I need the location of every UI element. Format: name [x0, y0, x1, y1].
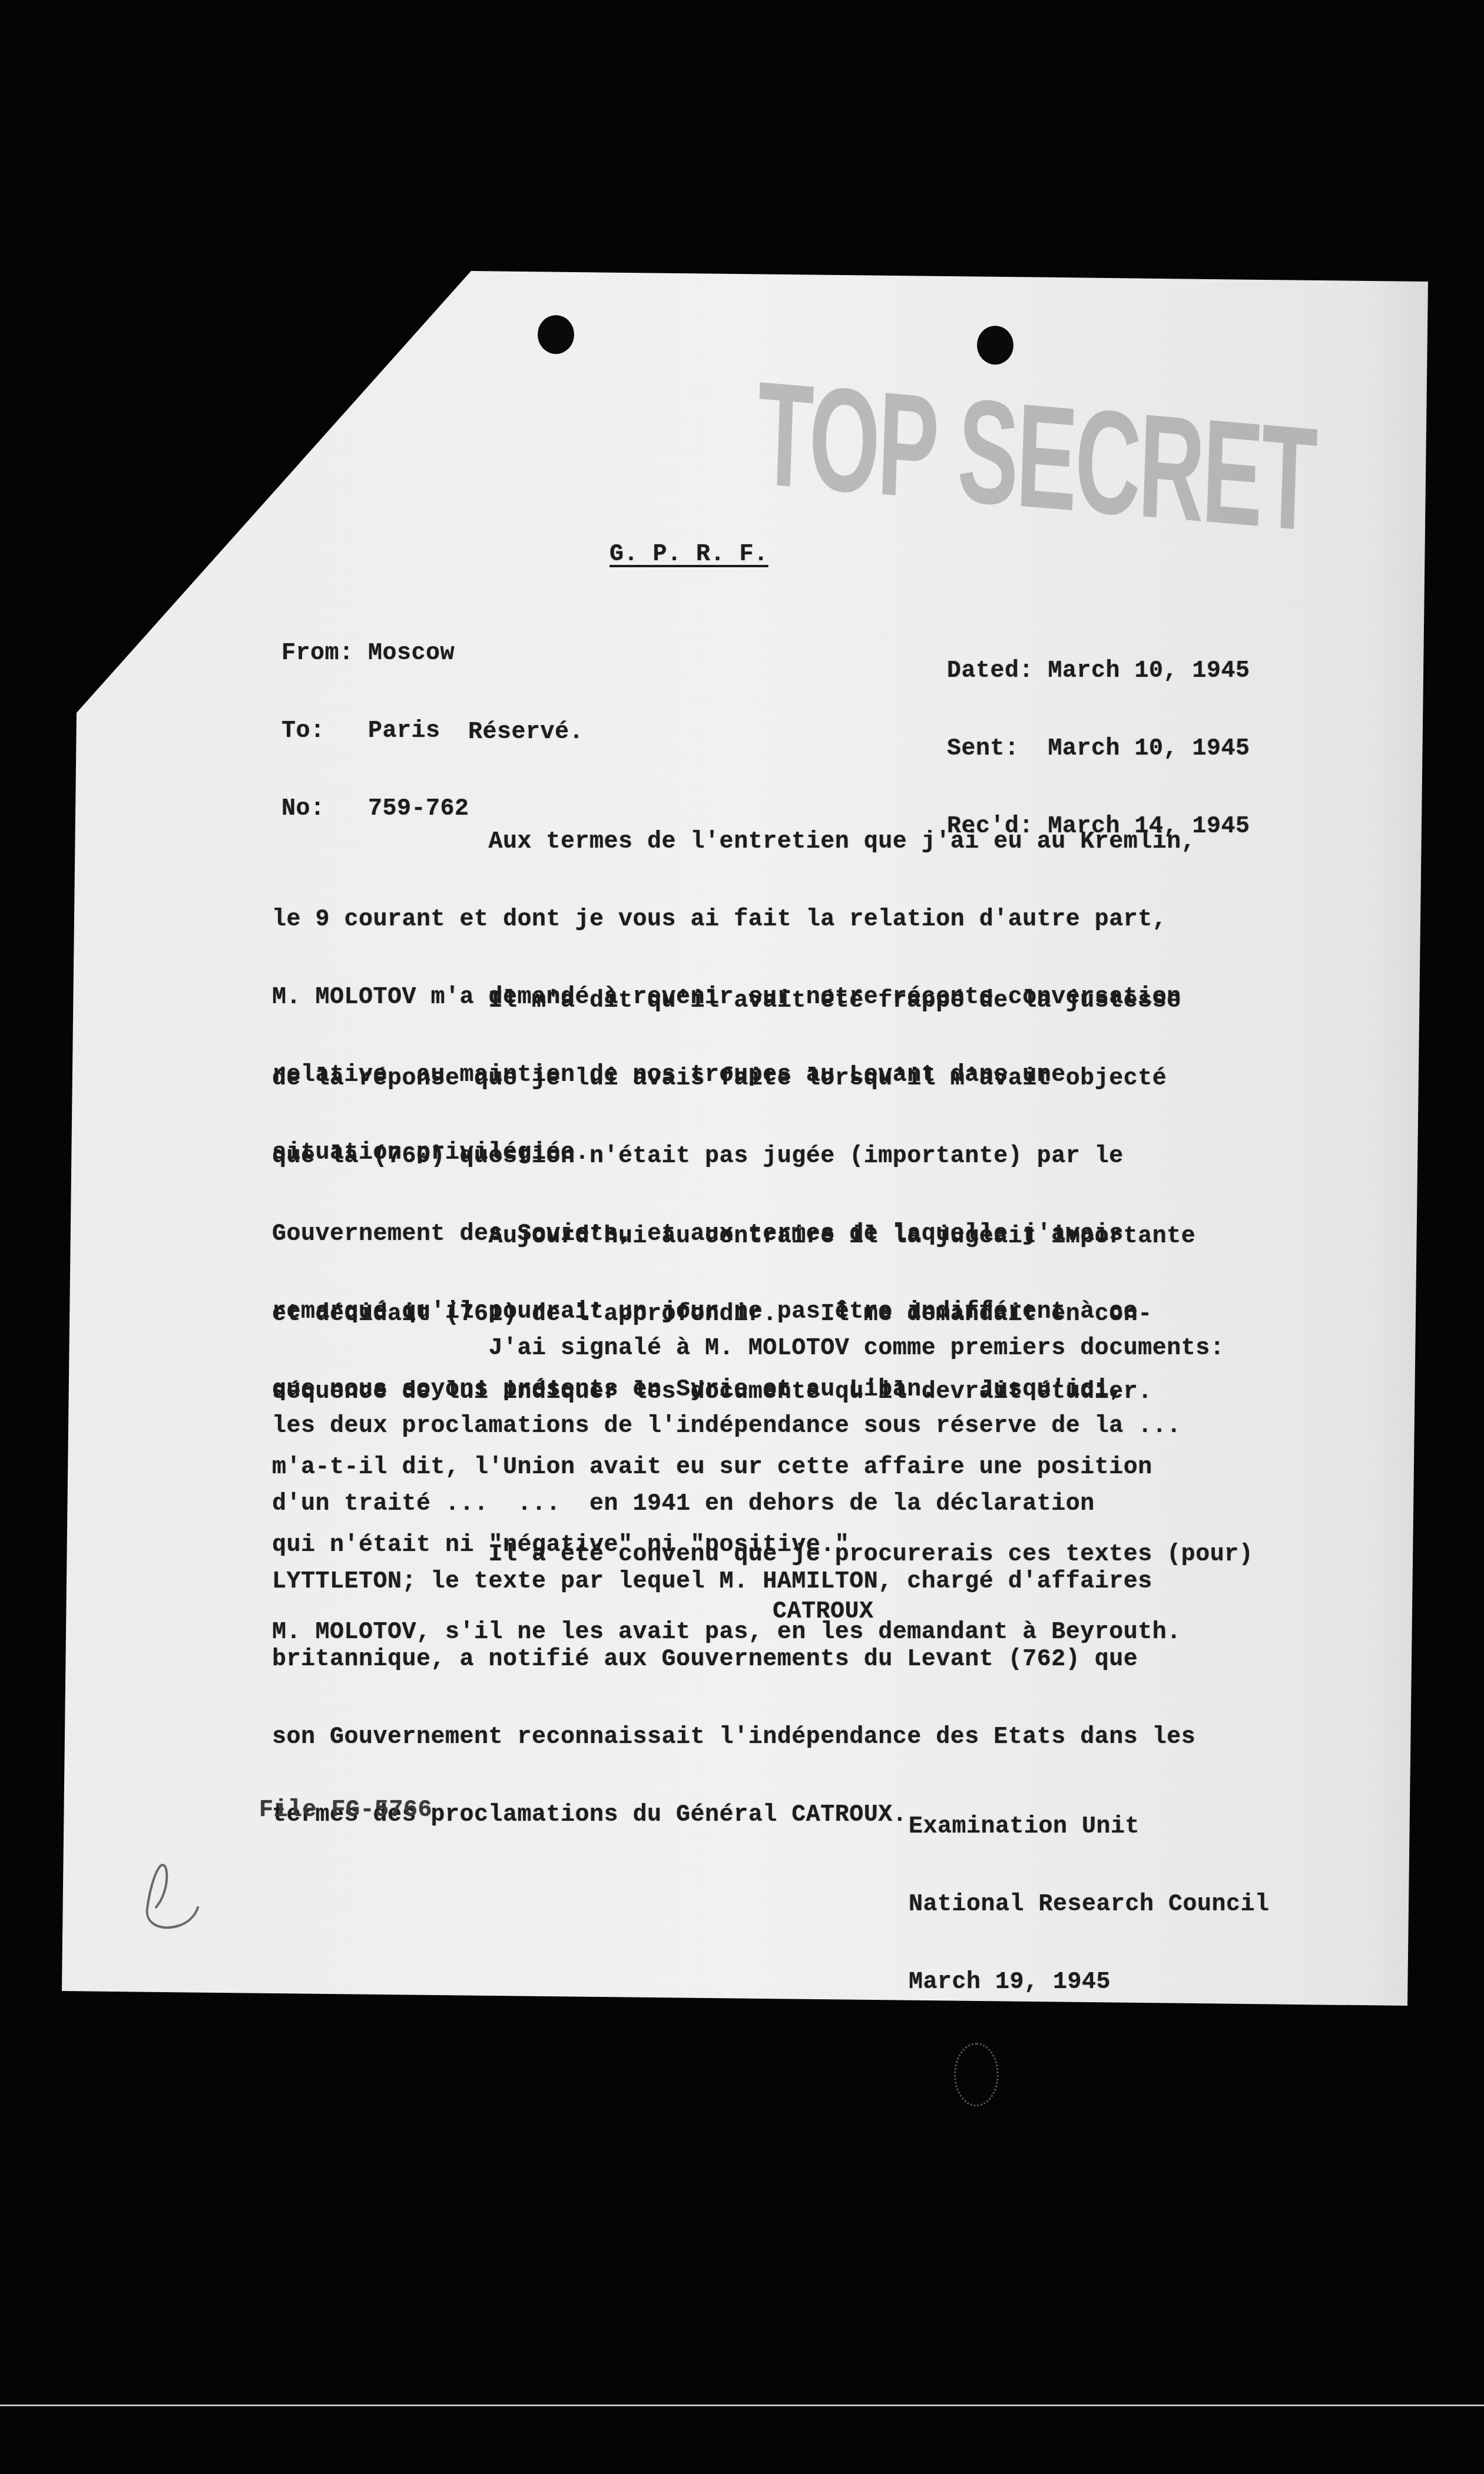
from-label: From: — [281, 640, 354, 667]
sent-label: Sent: — [947, 736, 1019, 762]
punch-hole-right — [977, 326, 1013, 365]
text-line: les deux proclamations de l'indépendance… — [272, 1414, 1224, 1440]
exam-date: March 19, 1945 — [909, 1970, 1270, 1996]
unit-name: Examination Unit — [909, 1814, 1270, 1840]
sent-row: Sent: March 10, 1945 — [947, 736, 1250, 762]
text-line: Aujourd'hui au contraire il la jugeait i… — [272, 1224, 1195, 1250]
document-title: G. P. R. F. — [609, 542, 768, 568]
sent-value: March 10, 1945 — [1048, 736, 1250, 762]
text-line: Il a été convenu que je procurerais ces … — [272, 1542, 1253, 1568]
text-line: J'ai signalé à M. MOLOTOV comme premiers… — [272, 1336, 1224, 1362]
film-artifact-ring — [954, 2043, 999, 2106]
paragraph-5: Il a été convenu que je procurerais ces … — [272, 1490, 1253, 1672]
dated-row: Dated: March 10, 1945 — [947, 659, 1250, 684]
text-line: Il m'a dit qu'il avait été frappé de la … — [272, 988, 1181, 1014]
routing-from: From: Moscow — [281, 641, 469, 667]
file-reference: File FG-5766 — [259, 1798, 432, 1824]
text-line: de la réponse que je lui avais faite lor… — [272, 1066, 1181, 1092]
examination-unit-block: Examination Unit National Research Counc… — [909, 1762, 1270, 2022]
text-line: Aux termes de l'entretien que j'ai eu au… — [272, 829, 1195, 855]
to-value: Paris — [368, 718, 440, 745]
dated-label: Dated: — [947, 658, 1033, 684]
dated-value: March 10, 1945 — [1048, 658, 1250, 684]
text-line: M. MOLOTOV, s'il ne les avait pas, en le… — [272, 1620, 1253, 1646]
handwritten-c-mark — [137, 1855, 201, 1932]
text-line: son Gouvernement reconnaissait l'indépen… — [272, 1725, 1224, 1751]
text-line: le 9 courant et dont je vous ai fait la … — [272, 907, 1195, 933]
council-name: National Research Council — [909, 1892, 1270, 1918]
from-value: Moscow — [368, 640, 455, 667]
salutation: Réservé. — [468, 720, 584, 746]
film-edge-line — [0, 2404, 1484, 2406]
signature: CATROUX — [773, 1599, 874, 1625]
punch-hole-left — [538, 315, 574, 354]
to-label: To: — [281, 718, 325, 745]
text-line: que la (760) question n'était pas jugée … — [272, 1144, 1181, 1170]
routing-to: To: Paris — [281, 719, 469, 745]
